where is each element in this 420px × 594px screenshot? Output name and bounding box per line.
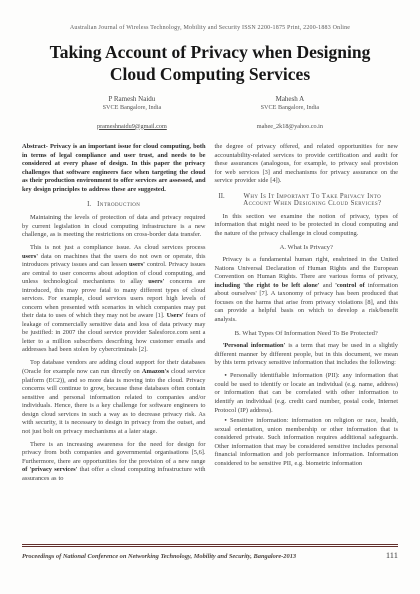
left-column: Abstract- Privacy is an important issue … [22, 143, 206, 488]
text-run: cloud service platform (EC2)), and so mo… [22, 368, 206, 435]
right-column: the degree of privacy offered, and relat… [215, 143, 399, 488]
text-run: In this section we examine the notion of… [215, 213, 399, 237]
page-footer: Proceedings of National Conference on Ne… [22, 544, 398, 560]
text-run: and [320, 282, 336, 289]
abstract: Abstract- Privacy is an important issue … [22, 143, 206, 194]
author-name: P Ramesh Naidu [97, 95, 167, 104]
text-run: 'Personal information' [223, 342, 286, 349]
text-run: Abstract- Privacy is an important issue … [22, 143, 206, 193]
section-number: II. [219, 193, 225, 207]
author-email: mahee_2k18@yahoo.co.in [257, 123, 323, 131]
paper-page: Australian Journal of Wireless Technolog… [0, 0, 420, 594]
text-run: Sensitive information: information on re… [215, 417, 399, 467]
paragraph: Maintaining the levels of protection of … [22, 214, 206, 240]
author-affiliation: SVCE Bangalore, India [97, 104, 167, 112]
author-1: P Ramesh Naidu SVCE Bangalore, India pra… [97, 95, 167, 134]
author-2: Mahesh A SVCE Bangalore, India mahee_2k1… [257, 95, 323, 134]
author-email-link[interactable]: prameshnaidu9@gmail.com [97, 123, 167, 131]
subsection-heading: B. What Types Of Information Need To Be … [215, 330, 399, 337]
body-columns: Abstract- Privacy is an important issue … [22, 143, 398, 488]
bullet-item: • Personally identifiable information (P… [215, 372, 399, 415]
authors-block: P Ramesh Naidu SVCE Bangalore, India pra… [22, 95, 398, 134]
subsection-heading: A. What Is Privacy? [215, 244, 399, 251]
paragraph: This is not just a compliance issue. As … [22, 244, 206, 355]
text-run: Amazon's [142, 368, 169, 375]
footer-divider [22, 544, 398, 547]
bullet-item: • Sensitive information: information on … [215, 417, 399, 468]
text-run: 'control of [335, 282, 365, 289]
text-run: users' [22, 253, 38, 260]
author-name: Mahesh A [257, 95, 323, 104]
paragraph: 'Personal information' is a term that ma… [215, 342, 399, 368]
text-run: Privacy is a fundamental human right, en… [215, 256, 399, 280]
paragraph: There is an increasing awareness for the… [22, 441, 206, 484]
section-title: Introduction [97, 201, 140, 208]
text-run: Users' [167, 312, 184, 319]
section-heading: II.Why Is It Important To Take Privacy I… [219, 193, 395, 207]
paragraph: the degree of privacy offered, and relat… [215, 143, 399, 186]
section-title: Why Is It Important To Take Privacy Into… [231, 193, 394, 207]
text-run: users' [129, 261, 145, 268]
author-affiliation: SVCE Bangalore, India [257, 104, 323, 112]
text-run: the degree of privacy offered, and relat… [215, 143, 399, 184]
paragraph: Top database vendors are adding cloud su… [22, 359, 206, 436]
text-run: This is not just a compliance issue. As … [30, 244, 206, 251]
text-run: users' [148, 278, 164, 285]
page-title: Taking Account of Privacy when Designing… [25, 42, 395, 86]
text-run: including 'the right to be left alone' [215, 282, 320, 289]
text-run: Maintaining the levels of protection of … [22, 214, 206, 238]
paragraph: In this section we examine the notion of… [215, 213, 399, 239]
text-run: Personally identifiable information (PII… [215, 372, 399, 413]
footer-text: Proceedings of National Conference on Ne… [22, 553, 296, 560]
text-run: There is an increasing awareness for the… [22, 441, 206, 465]
page-number: 111 [386, 550, 398, 560]
paragraph: Privacy is a fundamental human right, en… [215, 256, 399, 324]
section-number: I. [87, 201, 91, 208]
section-heading: I.Introduction [26, 201, 202, 208]
journal-header: Australian Journal of Wireless Technolog… [22, 25, 398, 31]
text-run: of 'privacy services' [22, 466, 77, 473]
